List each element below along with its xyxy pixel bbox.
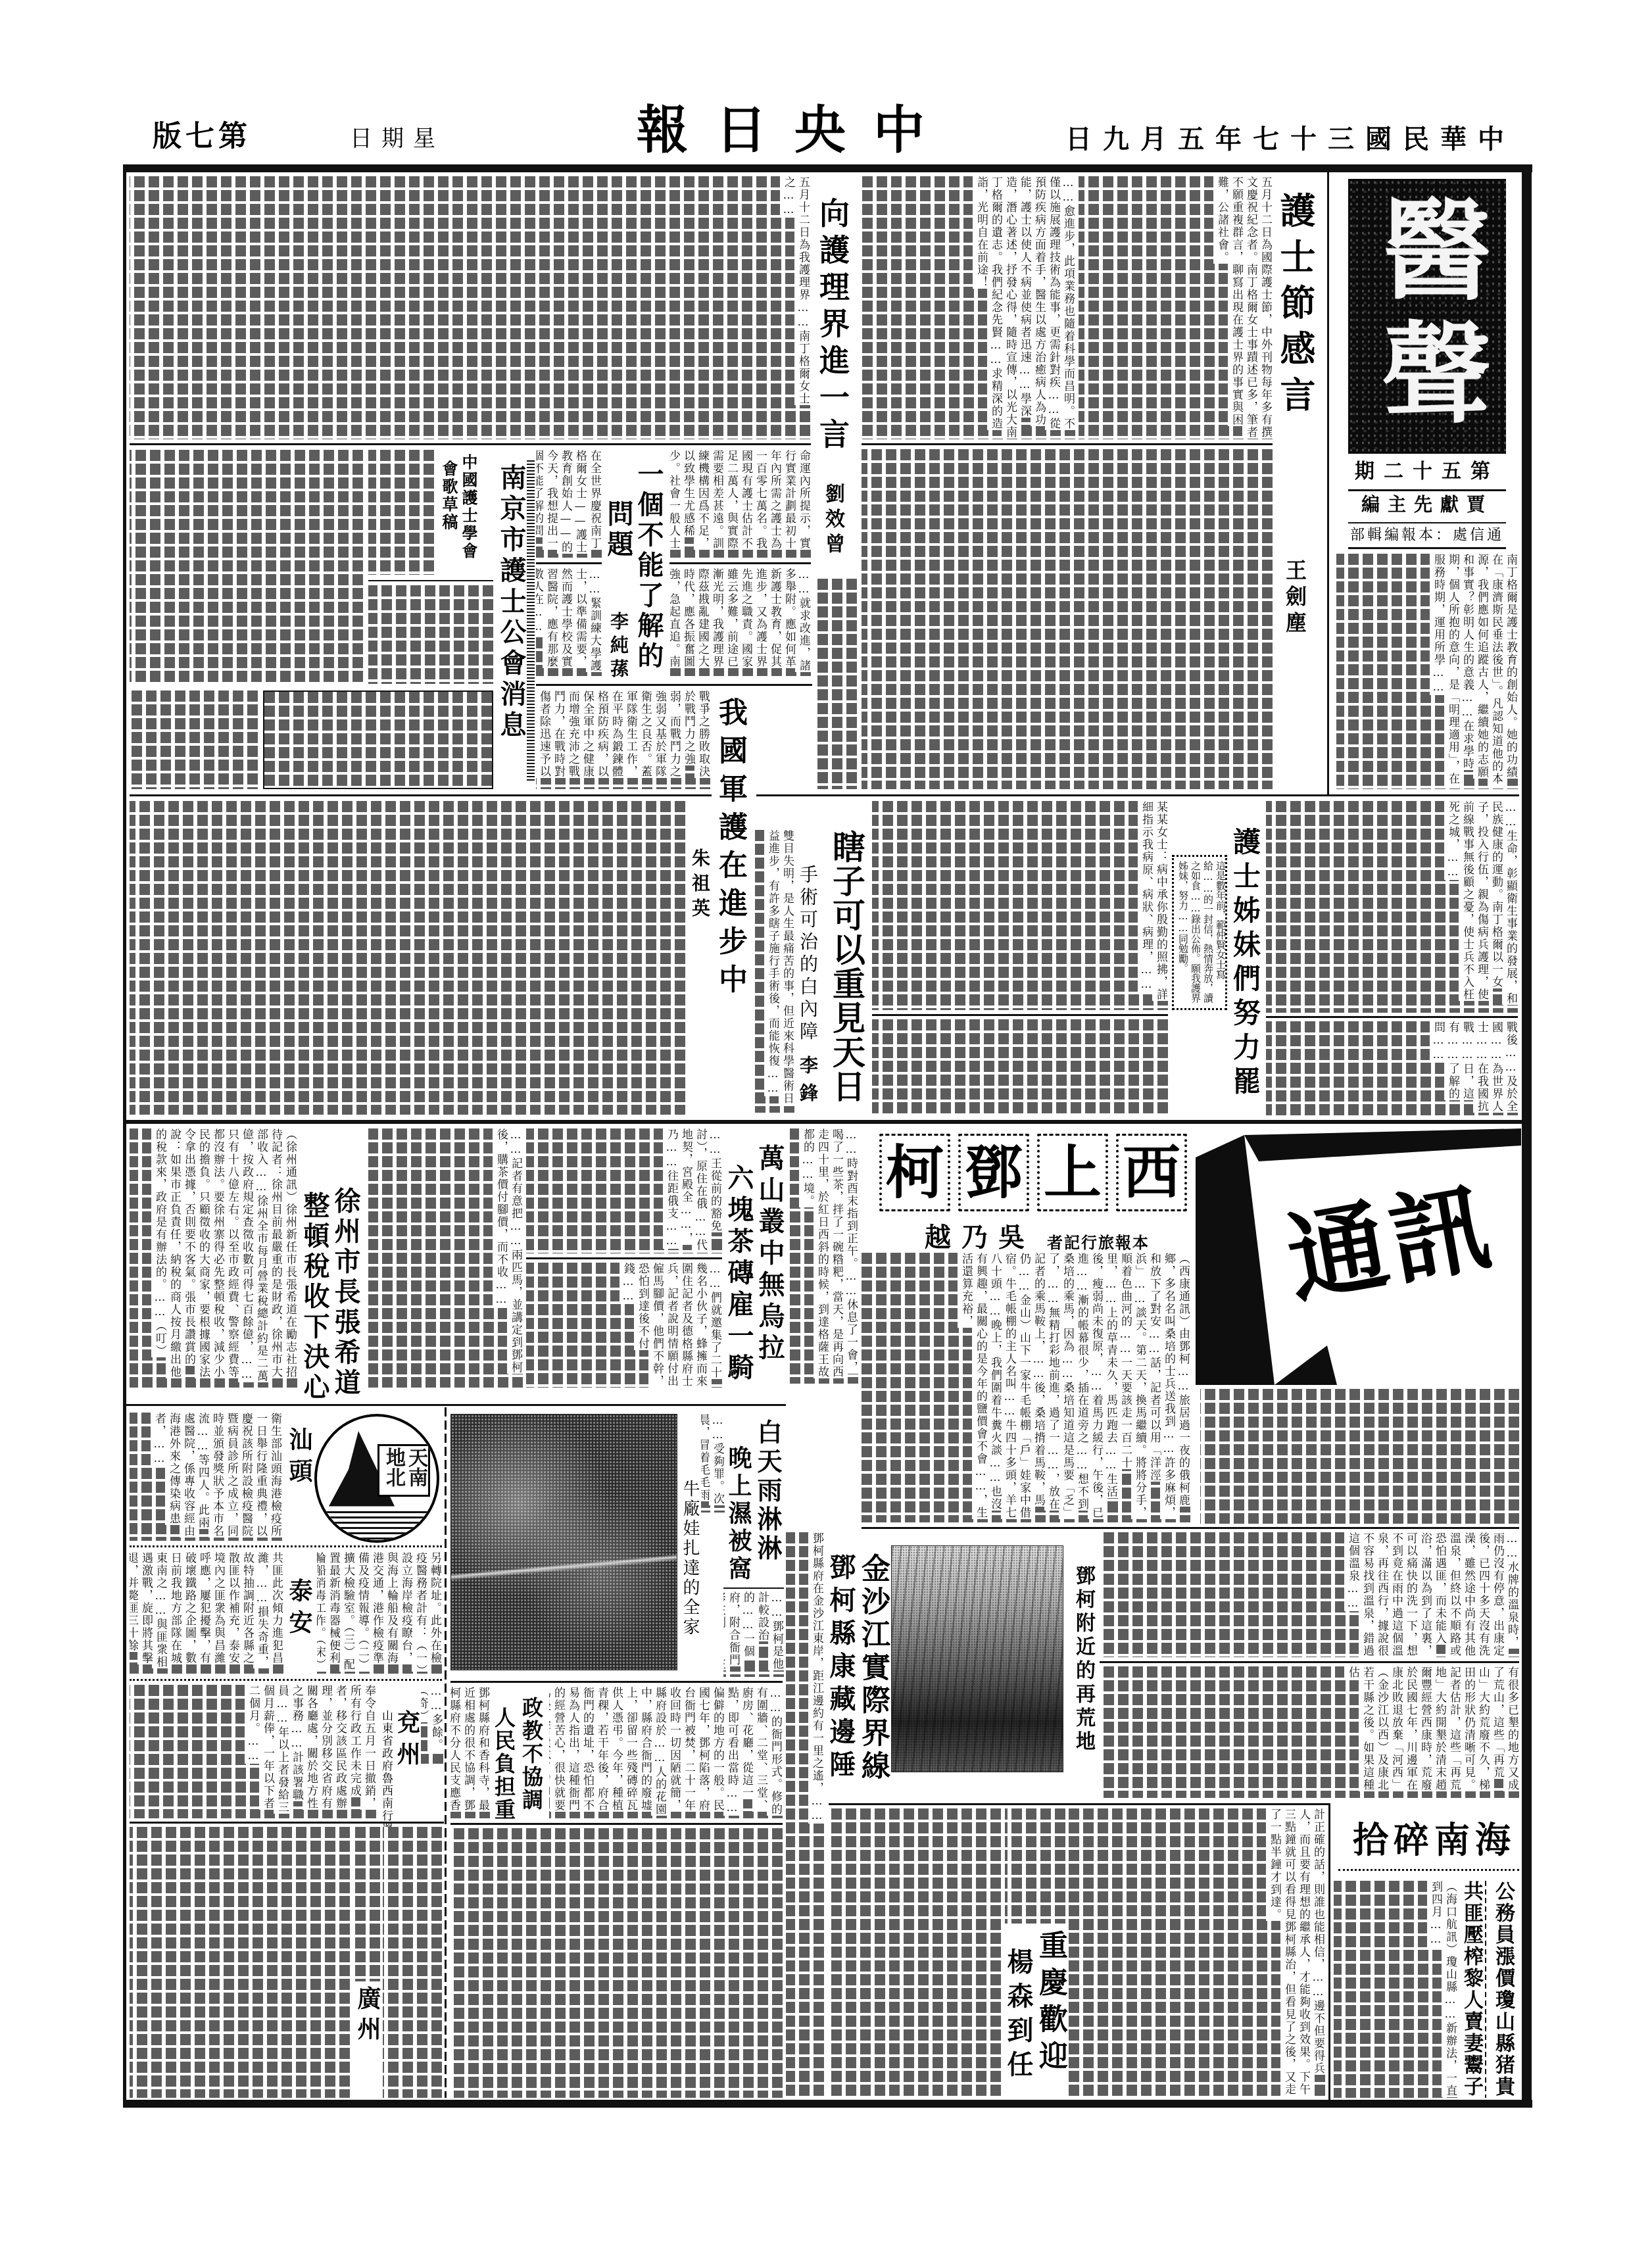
photo-nomad-family bbox=[450, 1414, 677, 1670]
article-body: 某某女士：病中承你殷勤的照拂，詳細指示我病原、病狀、病理，…… bbox=[872, 801, 1168, 1010]
article-body: ……王從前的豁免討），原住在俄……代地契，宮殿全……，乃……往距俄支…… bbox=[526, 1128, 722, 1253]
article-body: 戰後……及於全國……為世界人士……在我國抗戰……日，這有……了解的問…… bbox=[1266, 1021, 1518, 1117]
column-rule bbox=[862, 443, 1273, 445]
article-title-question: 一個不能了解的 bbox=[635, 460, 662, 672]
body-text-texture bbox=[872, 1019, 1168, 1115]
emblem-text: 天南地北 bbox=[377, 1444, 430, 1497]
article-body: ……生命，彰顯衛生事業的發展，和民族健康的運動。南丁格爾以一女子，投入行伍，親為… bbox=[1266, 801, 1518, 1013]
article-body: ……緊訓練大學護士，以準備需要，然而護士學校及實習醫院，應有那麼數人在…… bbox=[536, 568, 602, 679]
body-text: 命運內所提示，實行實業計劃最初十年內所需之護士為一百零七萬名。我國現有護士估計不… bbox=[669, 450, 811, 550]
article-body: 戰爭之勝敗取決於戰鬥力之強弱，而戰鬥力之強弱又基於軍隊衛生之良否。蓋軍隊衛生工作… bbox=[536, 690, 710, 789]
photo-dengke-wasteland bbox=[891, 1545, 1063, 1772]
photo-caption: 牛廠娃扎達的全家 bbox=[681, 1480, 698, 1637]
body-text: ……們就邀集了二十幾名小伙子，蜂擁而來圍住記者及德格縣府士兵，記者說明情願付出僱… bbox=[619, 1263, 722, 1388]
article-author: 李鋒 bbox=[798, 1055, 817, 1111]
ornamental-rule bbox=[130, 1545, 442, 1547]
article-author: 劉效曾 bbox=[823, 483, 842, 558]
article-title-chongqing: 重慶歡迎 bbox=[1036, 1930, 1065, 2077]
hatched-bar bbox=[527, 460, 535, 783]
body-text-texture bbox=[368, 585, 493, 684]
headline-hainan-li-people: 共匪壓榨黎人賣妻鬻子 bbox=[1461, 1881, 1481, 2098]
news-place-yanzhou: 兗州 bbox=[395, 1710, 418, 1773]
title-char: 西 bbox=[1116, 1134, 1187, 1211]
body-text: ……水牌的溫泉時，雨仍沒有停意，出康定後，已四十多天沒有洗澡，雖然途中尚有其他溫… bbox=[1344, 1532, 1519, 1657]
article-body: 衛生部汕頭海港檢疫所一日舉行隆重典禮，以慶祝該所附設檢疫醫院暨病員診所之成立，同… bbox=[130, 1413, 282, 1541]
column-rule bbox=[723, 1587, 784, 1589]
news-place-taian: 泰安 bbox=[287, 1578, 310, 1641]
column-rule bbox=[1327, 172, 1329, 794]
body-text: 雙目失明，是人生最痛苦的事，但近來科學醫術日益進步，有許多瞎子施行手術後，而能恢… bbox=[764, 830, 794, 1105]
article-body: 南丁格爾是護士教育的創始人。她的功績在「康濟斯民垂法後世」。凡認知道他的本源，我… bbox=[1336, 554, 1518, 789]
page-border-top bbox=[123, 164, 1532, 172]
editor-note-text: 這是數年前，範仲賢女士寫給……的一封信，熱情奔放，讀之如食……錄出公佈。願我護界… bbox=[1177, 861, 1227, 1004]
article-title-sisters: 護士姊妹們努力罷 bbox=[1231, 827, 1259, 1101]
body-text: 戰後……及於全國……為世界人士……在我國抗戰……日，這有……了解的問…… bbox=[1430, 1021, 1518, 1113]
article-title-xuzhou: 徐州市長張希道 bbox=[332, 1187, 358, 1399]
article-body: （徐州通訊）徐州新任市長張希道在勵志社招待記者：徐州目前最嚴重的是財政，徐州市大… bbox=[130, 1128, 297, 1388]
issue-number: 第五十二期 bbox=[1348, 462, 1506, 481]
article-body: 鄧柯縣府和香科寺，最近相處的很不協調，鄧柯縣府不分人民支應香科…… bbox=[450, 1687, 490, 1818]
editor-note-box: 這是數年前，範仲賢女士寫給……的一封信，熱情奔放，讀之如食……錄出公佈。願我護界… bbox=[1172, 855, 1227, 1010]
article-body: 鄧柯縣府在金沙江東岸，距江邊約有一里之遙，…… bbox=[786, 1532, 824, 2098]
column-rule bbox=[756, 794, 1519, 796]
feature-title-dengke: 西 上 鄧 柯 bbox=[879, 1134, 1187, 1213]
body-text: ……愈進步，此項業務也隨着科學而昌明。不僅以施展護理技術為能事，更需針對疾……從… bbox=[973, 176, 1075, 439]
body-text-texture bbox=[130, 690, 258, 789]
article-body: （西康通訊）由鄧柯……旅居過一夜的俄柯鹿鄉，多名名叫桑培的士兵送我到……許多麻煩… bbox=[862, 1253, 1190, 1522]
column-rule-dashed bbox=[445, 1407, 447, 2098]
body-text-texture bbox=[130, 801, 685, 1115]
article-title-army-nursing: 我國軍護在進步中 bbox=[716, 697, 744, 1002]
anthem-lyrics-texture bbox=[368, 450, 434, 575]
ornamental-rule bbox=[130, 1679, 442, 1681]
article-title-chongqing-line2: 楊森到任 bbox=[1005, 1948, 1031, 2085]
body-text: ……鄧柯是他計較設治的……一個府，附合衙門修在到……在的縣府東方約二里處，用內地… bbox=[723, 1591, 784, 1670]
article-body: （海口航訊）瓊山縣……新辦法，一直到四月…… bbox=[1334, 1881, 1457, 2098]
headline-hainan-officials: 公務員漲價瓊山縣猪貴 bbox=[1493, 1881, 1513, 2098]
masthead-rule bbox=[1348, 547, 1506, 549]
correspondence-section-banner: 通訊 bbox=[1196, 1128, 1521, 1385]
article-body: 五月十二日為國際護士節，中外刊物每年多有撰文慶祝紀念者。南丁格爾女士事蹟述已多，… bbox=[1079, 176, 1273, 439]
article-body: 五月十二日為我護理界……南丁格爾女士之…… bbox=[130, 176, 810, 439]
body-text-texture bbox=[383, 1827, 442, 2098]
article-title-rain-line2: 晚上濕被窩 bbox=[726, 1445, 750, 1584]
article-title-jinsha-line2: 鄧柯縣康藏邊陲 bbox=[827, 1553, 854, 1783]
article-body: ……愈進步，此項業務也隨着科學而昌明。不僅以施展護理技術為能事，更需針對疾……從… bbox=[862, 176, 1075, 439]
article-title-nurses-day: 護士節感言 bbox=[1277, 192, 1313, 422]
body-text-texture bbox=[817, 579, 857, 789]
body-text: 南丁格爾是護士教育的創始人。她的功績在「康濟斯民垂法後世」。凡認知道他的本源，我… bbox=[1430, 554, 1518, 786]
anthem-label: 會歌草稿 bbox=[441, 460, 456, 531]
body-text: 共匪此次傾力進犯昌濰，……損失奇重，故特抽調附近各縣之散匪以作補充，泰安境內之匪… bbox=[130, 1552, 283, 1668]
article-body: ……水牌的溫泉時，雨仍沒有停意，出康定後，已四十多天沒有洗澡，雖然途中尚有其他溫… bbox=[1100, 1532, 1519, 1657]
column-rule bbox=[669, 562, 811, 564]
masthead-rule bbox=[1348, 522, 1506, 523]
article-body: ……的衙門形式。修的有圍牆、二堂、三堂、廚房、花廳，從這一點，即可看出當時……偏… bbox=[549, 1687, 783, 1818]
news-place-guangzhou: 廣州 bbox=[355, 1986, 379, 2047]
byline-role: 本報旅行記者 bbox=[1047, 1235, 1150, 1251]
article-title-no-ula-line2: 六塊茶磚雇一騎 bbox=[725, 1164, 752, 1385]
body-text: ……記者有意把……兩匹馬，並講定到鄧柯後，購茶價付腳價，而不收…… bbox=[493, 1128, 523, 1374]
body-text: 計正確的話，則誰也能相信，……邊不但要得兵人，而且要有理想的繼承人，才能夠收到效… bbox=[1266, 1808, 1325, 2096]
body-text: 戰爭之勝敗取決於戰鬥力之強弱，而戰鬥力之強弱又基於軍隊衛生之良否。蓋軍隊衛生工作… bbox=[536, 690, 710, 778]
body-text: 有很多已墾的地方又成了荒山，這些「再荒山」大約荒廢不久，梯田的形狀仍清晰可見。記… bbox=[1344, 1666, 1519, 1791]
article-title-xuzhou-line2: 整頓稅收下決心 bbox=[301, 1192, 328, 1403]
body-text-texture bbox=[829, 1808, 1001, 2098]
photo-caption: 鄧柯附近的再荒地 bbox=[1073, 1565, 1093, 1755]
body-text-texture bbox=[862, 449, 1273, 789]
column-rule bbox=[368, 580, 493, 581]
column-rule-dashed bbox=[1485, 1881, 1486, 2098]
article-body: ……記者有意把……兩匹馬，並講定到鄧柯後，購茶價付腳價，而不收…… bbox=[368, 1128, 523, 1388]
body-text: 另轉院址。此外在檢疫醫務者計有：（一）設立海岸檢疫瞭台，與海上輪船及有關海港交通… bbox=[317, 1552, 442, 1672]
title-char: 鄧 bbox=[958, 1134, 1029, 1211]
supplement-title: 醫聲 bbox=[1373, 193, 1482, 440]
page-border-left bbox=[123, 168, 126, 2105]
body-text: （西康通訊）由鄧柯……旅居過一夜的俄柯鹿鄉，多名名叫桑培的士兵送我到……許多麻煩… bbox=[958, 1253, 1190, 1519]
article-body: ……就求改進，諸多舉附。應如何革新護士教育，促其進步，又為護士界先進之職責。國家… bbox=[669, 568, 811, 679]
article-body: ……多餘。（奇） bbox=[421, 1685, 443, 1764]
weekday-label: 星期日 bbox=[350, 128, 445, 150]
newspaper-name: 中央日報 bbox=[637, 105, 952, 157]
article-title-church-state: 政教不協調 bbox=[521, 1697, 542, 1812]
body-text: 五月十二日為我護理界……南丁格爾女士之…… bbox=[780, 176, 810, 405]
body-text: 衛生部汕頭海港檢疫所一日舉行隆重典禮，以慶祝該所附設檢疫醫院暨病員診所之成立，同… bbox=[151, 1413, 282, 1538]
page-border-right bbox=[1522, 168, 1532, 2105]
body-text: 在全世界慶祝南丁格爾女士——護士教育創始人——的今天，我想提出一個不能了解的問題… bbox=[536, 450, 602, 554]
supplement-masthead: 醫聲 bbox=[1348, 179, 1506, 454]
news-place-shantou: 汕頭 bbox=[287, 1427, 310, 1490]
tiannan-dibei-emblem: 天南地北 bbox=[314, 1414, 439, 1543]
body-text: ……生命，彰顯衛生事業的發展，和民族健康的運動。南丁格爾以一女子，投入行伍，親為… bbox=[1444, 801, 1518, 1005]
article-body: ……時對酉末指到正午。……休息了一會，喝了一些茶，拌了一碗糌粑，當天，是再向西走… bbox=[786, 1128, 858, 1384]
body-text-texture bbox=[354, 1827, 380, 1981]
body-text: ……受夠罪。次晨，冒着毛毛雨由俄支出發，路在山陽面的…… bbox=[701, 1414, 725, 1505]
article-body: 共匪此次傾力進犯昌濰，……損失奇重，故特抽調附近各縣之散匪以作補充，泰安境內之匪… bbox=[130, 1552, 283, 1676]
body-text-texture bbox=[1200, 1389, 1519, 1524]
section-divider bbox=[126, 1120, 1522, 1124]
article-body: ……們就邀集了二十幾名小伙子，蜂擁而來圍住記者及德格縣府士兵，記者說明情願付出僱… bbox=[526, 1263, 722, 1388]
article-title-nanjing-union: 南京市護士公會消息 bbox=[498, 464, 524, 742]
article-title-church-state-line2: 人民負担重 bbox=[493, 1707, 514, 1822]
article-title-jinsha: 金沙江實際界線 bbox=[858, 1553, 887, 1783]
column-rule bbox=[1328, 1803, 1330, 2100]
body-text-texture bbox=[450, 1828, 783, 2098]
article-title-cataract: 瞎子可以重見天日 bbox=[830, 830, 863, 1103]
article-author: 朱祖英 bbox=[691, 848, 709, 923]
byline: 本報旅行記者 吳乃越 bbox=[906, 1222, 1150, 1251]
column-rule bbox=[1266, 1016, 1518, 1018]
title-char: 柯 bbox=[879, 1134, 950, 1211]
body-text: 五月十二日為國際護士節，中外刊物每年多有撰文慶祝紀念者。南丁格爾女士事蹟述已多，… bbox=[1213, 176, 1273, 439]
issue-date: 中華民國三十七年五月九日 bbox=[1065, 126, 1515, 153]
body-text-texture bbox=[130, 450, 363, 684]
article-body: 計正確的話，則誰也能相信，……邊不但要得兵人，而且要有理想的繼承人，才能夠收到效… bbox=[1069, 1808, 1325, 2098]
edition-label: 第七版 bbox=[153, 122, 251, 151]
column-rule bbox=[1100, 1661, 1519, 1663]
body-text: ……就求改進，諸多舉附。應如何革新護士教育，促其進步，又為護士界先進之職責。國家… bbox=[669, 568, 811, 672]
anthem-organization: 中國護士學會 bbox=[460, 454, 476, 560]
body-text: 鄧柯縣府和香科寺，最近相處的很不協調，鄧柯縣府不分人民支應香科…… bbox=[450, 1687, 490, 1812]
column-rule bbox=[126, 1404, 786, 1406]
article-body: 另轉院址。此外在檢疫醫務者計有：（一）設立海岸檢疫瞭台，與海上輪船及有關海港交通… bbox=[317, 1552, 442, 1676]
body-text: 鄧柯縣府在金沙江東岸，距江邊約有一里之遙，…… bbox=[808, 1532, 824, 1824]
column-rule bbox=[829, 1803, 1328, 1805]
body-text: ……緊訓練大學護士，以準備需要，然而護士學校及實習醫院，應有那麼數人在…… bbox=[536, 568, 602, 672]
body-text: ……多餘。（奇） bbox=[421, 1685, 443, 1751]
article-body: 在全世界慶祝南丁格爾女士——護士教育創始人——的今天，我想提出一個不能了解的問題… bbox=[536, 450, 602, 558]
byline-name: 吳乃越 bbox=[925, 1224, 1035, 1251]
article-body: 命運內所提示，實行實業計劃最初十年內所需之護士為一百零七萬名。我國現有護士估計不… bbox=[669, 450, 811, 558]
article-author: 王劍塵 bbox=[1284, 559, 1305, 638]
article-title-advice: 向護理界進一言 bbox=[817, 197, 848, 455]
page-border-bottom bbox=[123, 2100, 1532, 2108]
body-text: ……時對酉末指到正午。……休息了一會，喝了一些茶，拌了一碗糌粑，當天，是再向西走… bbox=[799, 1128, 858, 1378]
article-body: 奉令自五月一日撤銷，所有行政工作未完成者，移交該區民政處辦理，並分別移交省府有關… bbox=[130, 1685, 376, 1818]
article-body: ……鄧柯是他計較設治的……一個府，附合衙門修在到……在的縣府東方約二里處，用內地… bbox=[723, 1591, 784, 1677]
article-body: ……受夠罪。次晨，冒着毛毛雨由俄支出發，路在山陽面的…… bbox=[701, 1414, 725, 1513]
masthead-rule bbox=[1348, 489, 1506, 491]
body-text-texture bbox=[1005, 1808, 1065, 1924]
body-text: （海口航訊）瓊山縣……新辦法，一直到四月…… bbox=[1427, 1881, 1457, 2097]
contact-address: 通信處：本報編輯部 bbox=[1348, 528, 1506, 543]
body-text-texture bbox=[130, 1827, 350, 2098]
title-char: 上 bbox=[1037, 1134, 1108, 1211]
article-title-no-ula: 萬山叢中無烏拉 bbox=[756, 1144, 783, 1365]
article-body: 有很多已墾的地方又成了荒山，這些「再荒山」大約荒廢不久，梯田的形狀仍清晰可見。記… bbox=[1100, 1666, 1519, 1798]
body-text: ……王從前的豁免討），原住在俄……代地契，宮殿全……，乃……往距俄支…… bbox=[663, 1128, 722, 1252]
article-title-rain: 白天雨淋淋 bbox=[755, 1419, 780, 1564]
column-title-hainan: 海南碎拾 bbox=[1342, 1823, 1516, 1858]
body-text: （徐州通訊）徐州新任市長張希道在勵志社招待記者：徐州目前最嚴重的是財政，徐州市大… bbox=[151, 1128, 297, 1382]
article-author: 李純蓀 bbox=[609, 612, 627, 683]
column-rule bbox=[130, 794, 712, 796]
sea-waves bbox=[317, 1511, 437, 1540]
body-text: 某某女士：病中承你殷勤的照拂，詳細指示我病原、病狀、病理，…… bbox=[1138, 801, 1168, 1001]
column-rule bbox=[536, 684, 812, 686]
column-rule bbox=[536, 562, 602, 564]
article-body: 雙目失明，是人生最痛苦的事，但近來科學醫術日益進步，有許多瞎子施行手術後，而能恢… bbox=[755, 830, 794, 1113]
editor-credit: 賈獻先主編 bbox=[1348, 496, 1506, 514]
body-text: 奉令自五月一日撤銷，所有行政工作未完成者，移交該區民政處辦理，並分別移交省府有關… bbox=[245, 1685, 376, 1814]
column-rule bbox=[872, 1014, 1168, 1016]
column-rule bbox=[526, 1257, 722, 1259]
union-news-box bbox=[263, 690, 493, 789]
column-rule bbox=[862, 1527, 1519, 1529]
ornamental-rule bbox=[1338, 1869, 1519, 1871]
column-rule bbox=[130, 443, 811, 445]
column-rule bbox=[450, 1823, 783, 1825]
column-rule bbox=[450, 1681, 783, 1683]
news-dateline: 山東省政府魯西南行署 bbox=[380, 1710, 391, 1835]
article-title-question-line2: 問題 bbox=[605, 500, 631, 560]
body-text: ……的衙門形式。修的有圍牆、二堂、三堂、廚房、花廳，從這一點，即可看出當時……偏… bbox=[549, 1687, 783, 1816]
article-subtitle: 手術可治的白內障 bbox=[798, 865, 817, 1044]
column-rule bbox=[130, 1822, 444, 1824]
